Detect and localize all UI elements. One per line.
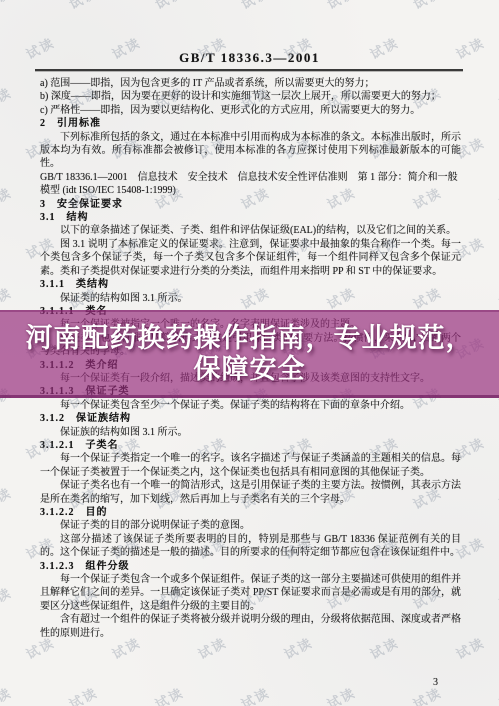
paragraph: 每一个保证子类包含一个或多个保证组件。保证子类的这一部分主要描述可供使用的组件并…: [40, 573, 461, 613]
page-number: 3: [433, 677, 438, 688]
subclause-heading: 3.1.1 类结构: [40, 278, 461, 291]
paragraph: 保证子类名也有一个唯一的简洁形式，这是引用保证子类的主要方法。按惯例，其表示方法…: [40, 479, 461, 506]
subclause-heading: 3.1.2.3 组件分级: [40, 560, 461, 573]
paragraph: 保证子类的目的部分说明保证子类的意图。: [40, 519, 461, 532]
banner-title-line2: 保障安全: [194, 354, 306, 385]
paragraph: 每一个保证子类指定一个唯一的名字。该名字描述了与保证子类涵盖的主题相关的信息。每…: [40, 452, 461, 479]
clause-heading: 2 引用标准: [40, 117, 461, 130]
paragraph: 图 3.1 说明了本标准定义的保证要求。注意到，保证要求中最抽象的集合称作一个类…: [40, 238, 461, 278]
paragraph: 以下的章条描述了保证类、子类、组件和评估保证级(EAL)的结构，以及它们之间的关…: [40, 224, 461, 237]
clause-heading: 3 安全保证要求: [40, 198, 461, 211]
document-code-header: GB/T 18336.3—2001: [0, 50, 499, 66]
list-item: a) 范围——即指，因为包含更多的 IT 产品或者系统，所以需要更大的努力；: [40, 77, 461, 90]
paragraph: 每一个保证类包含至少一个保证子类。保证子类的结构将在下面的章条中介绍。: [40, 399, 461, 412]
list-item: c) 严格性——即指，因为要以更结构化、更形式化的方式应用，所以需要更大的努力。: [40, 104, 461, 117]
subclause-heading: 3.1 结构: [40, 211, 461, 224]
promo-banner-overlay: 河南配药换药操作指南，专业规范， 保障安全: [0, 310, 499, 398]
paragraph: 保证族的结构如图 3.1 所示。: [40, 426, 461, 439]
paragraph: 下列标准所包括的条文，通过在本标准中引用而构成为本标准的条文。本标准出版时，所示…: [40, 131, 461, 171]
subclause-heading: 3.1.2.1 子类名: [40, 439, 461, 452]
paragraph: 保证类的结构如图 3.1 所示。: [40, 292, 461, 305]
subclause-heading: 3.1.2 保证族结构: [40, 412, 461, 425]
reference-entry-continuation: 模型 (idt ISO/IEC 15408-1:1999): [40, 184, 461, 197]
header-rule: [35, 69, 463, 71]
paragraph: 这部分描述了该保证子类所要表明的目的，特别是那些与 GB/T 18336 保证范…: [40, 533, 461, 560]
scanned-document-page: GB/T 18336.3—2001 a) 范围——即指，因为包含更多的 IT 产…: [0, 0, 499, 706]
list-item: b) 深度——即指，因为要在更好的设计和实施细节这一层次上展开，所以需要更大的努…: [40, 90, 461, 103]
banner-title-line1: 河南配药换药操作指南，专业规范，: [26, 323, 474, 354]
subclause-heading: 3.1.2.2 目的: [40, 506, 461, 519]
reference-entry: GB/T 18336.1—2001 信息技术 安全技术 信息技术安全性评估准则 …: [40, 171, 461, 184]
paragraph: 含有超过一个组件的保证子类将被分级并说明分级的理由，分级将依据范围、深度或者严格…: [40, 613, 461, 640]
